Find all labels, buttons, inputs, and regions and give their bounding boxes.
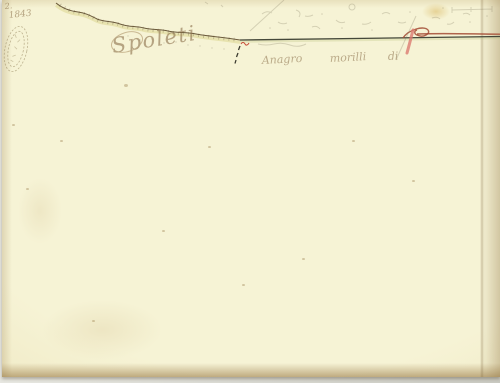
scanner-background: 2. 1843 Spoleti Anagro morilli di [0, 0, 500, 383]
annotation-handwriting: Anagro morilli di [260, 49, 398, 67]
junction-red-mark [241, 43, 249, 46]
corner-note-line1: 2. [3, 1, 13, 11]
annotation-word-3: di [387, 49, 398, 63]
junction-dashed-ticks [235, 46, 240, 64]
annotation-word-1: Anagro [260, 52, 303, 67]
boundary-line [240, 37, 500, 42]
oval-ink-stamp [0, 24, 31, 74]
corner-date-note: 2. 1843 [3, 1, 32, 21]
corner-note-line2: 1843 [8, 9, 32, 21]
annotation-word-2: morilli [329, 50, 366, 65]
map-drawing-overlay: 2. 1843 Spoleti Anagro morilli di [0, 0, 500, 383]
